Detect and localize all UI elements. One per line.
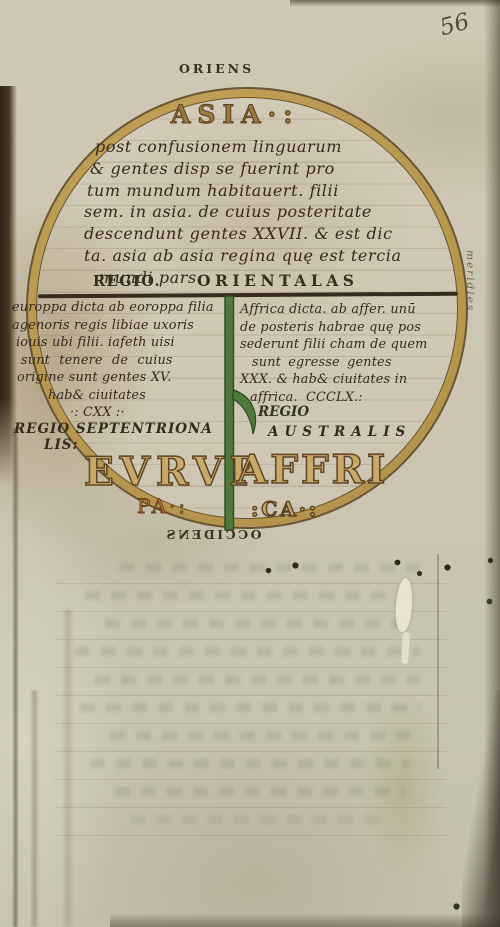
asia-text-line: & gentes disp se fuerint pro [84,158,429,180]
bleedthrough-smudge [80,703,420,712]
europa-text-line: hab& ciuitates [12,387,224,405]
page-edge-shadow-top [290,0,500,7]
asia-regio-label: REGIO. [93,273,161,290]
page-edge-shadow-bottom [110,913,500,927]
europa-text-line: agenoris regis libiae uxoris [12,317,224,335]
bleedthrough-smudge [130,815,390,824]
africa-regio-name: AUSTRALIS [268,424,411,440]
africa-text-line: Affrica dicta. ab affer. unū [240,301,466,319]
europa-text-line: iouis ubi filii. iafeth uisi [12,334,224,352]
asia-regio-name: ORIENTALAS [197,271,358,290]
bleedthrough-smudge [120,563,420,572]
africa-text-line: de posteris habrae quę pos [240,319,466,337]
manuscript-page: 56 ORIENS meridies OCCIDENS ASIA·: post … [0,0,500,927]
bleedthrough-smudge [105,619,415,628]
asia-text-line: sem. in asia. de cuius posteritate [84,201,429,223]
africa-text-line: sunt egresse gentes [240,354,466,372]
africa-big-name: AFFRI [237,447,388,493]
europa-text-line: ·: CXX :· [12,404,224,422]
europa-text-block: europpa dicta ab eoroppa filia agenoris … [12,299,224,422]
parchment-fold-crease [12,428,19,927]
parchment-fold-crease [30,690,39,927]
asia-text-line: tum mundum habitauert. filii [84,180,429,202]
bleedthrough-smudge [95,675,420,684]
europa-text-line: sunt tenere de cuius [12,352,224,370]
bleedthrough-smudge [75,647,420,656]
asia-text-line: post confusionem linguarum [84,136,429,158]
europa-text-line: origine sunt gentes XV. [12,369,224,387]
europa-regio-line1: REGIO SEPTENTRIONA [14,421,213,437]
bleedthrough-smudge [110,731,410,740]
asia-text-line: ta. asia ab asia regina quę est tercia [84,245,429,267]
europa-text-line: europpa dicta ab eoroppa filia [12,299,224,317]
direction-label-oriens: ORIENS [179,61,254,76]
africa-big-name-2: :CA·: [251,497,319,521]
europa-big-name-2: PA·: [137,494,188,518]
bleedthrough-smudge [115,787,405,796]
ruled-margin-line [437,554,439,769]
asia-title: ASIA·: [171,100,299,129]
direction-label-occidens-mirrored: OCCIDENS [164,527,261,542]
bleedthrough-smudge [90,759,410,768]
folio-number: 56 [437,9,472,42]
africa-text-line: XXX. & hab& ciuitates in [240,371,466,389]
africa-regio-label: REGIO [258,404,309,420]
africa-text-block: Affrica dicta. ab affer. unū de posteris… [240,301,466,406]
africa-text-line: sederunt filii cham de quem [240,336,466,354]
page-edge-shadow-corner [462,690,500,927]
ink-specks [0,0,3,3]
asia-text-line: descendunt gentes XXVII. & est dic [84,223,429,245]
bleedthrough-smudge [85,591,415,600]
asia-text-block: post confusionem linguarum & gentes disp… [84,136,429,289]
